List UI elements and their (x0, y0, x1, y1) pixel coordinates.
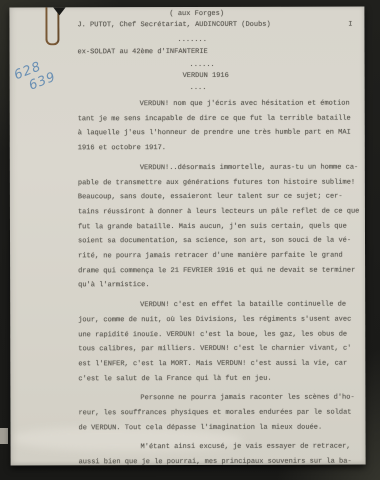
typed-line: 1916 et octobre 1917. (78, 141, 359, 156)
document-title: VERDUN 1916 (183, 71, 359, 82)
typed-line: à laquelle j'eus l'honneur de prendre un… (78, 126, 359, 141)
typed-line: jour, comme de nuit, où les Divisions, l… (78, 312, 359, 327)
paragraph: VERDUN! c'est en effet la bataille conti… (78, 298, 359, 387)
typewritten-text-block: ( aux Forges) I J. PUTOT, Chef Secrétari… (77, 9, 359, 466)
dotted-separator: ...... (190, 60, 359, 71)
handwritten-archive-numbers: 628 639 (12, 48, 79, 98)
service-line: ex-SOLDAT au 42ème d'INFANTERIE (78, 47, 359, 59)
author-line: I J. PUTOT, Chef Secrétariat, AUDINCOURT… (77, 20, 358, 32)
typed-line: tant je me sens incapable de dire ce que… (78, 111, 359, 126)
paragraph: VERDUN!..désormais immortelle, auras-tu … (78, 160, 359, 293)
background-debris (0, 428, 8, 444)
paragraph: VERDUN! nom que j'écris avec hésitation … (78, 97, 359, 157)
typed-line: rité, ne pourra jamais retracer d'une ma… (78, 249, 359, 264)
typed-line: c'est le salut de la France qui là fut e… (78, 371, 359, 386)
body-paragraphs: VERDUN! nom que j'écris avec hésitation … (78, 97, 360, 466)
typed-line: fut la grande bataille. Mais aucun, j'en… (78, 219, 359, 234)
typed-line: VERDUN!..désormais immortelle, auras-tu … (78, 160, 359, 175)
paper-notch (52, 7, 66, 16)
paragraph: Personne ne pourra jamais raconter les s… (78, 391, 359, 436)
dotted-separator: ....... (177, 35, 358, 46)
page-number: I (348, 20, 352, 31)
paragraph: M'étant ainsi excusé, je vais essayer de… (79, 440, 360, 465)
typed-line: VERDUN! nom que j'écris avec hésitation … (78, 97, 359, 112)
document-page: 628 639 ( aux Forges) I J. PUTOT, Chef S… (9, 7, 365, 466)
typed-line: de VERDUN. Tout cela dépasse l'imaginati… (78, 420, 359, 435)
typed-line: pable de transmettre aux générations fut… (78, 175, 359, 190)
typed-line: VERDUN! c'est en effet la bataille conti… (78, 298, 359, 313)
typed-line: soient sa documentation, sa science, son… (78, 234, 359, 249)
typed-line: drame qui commença le 21 FEVRIER 1916 et… (78, 263, 359, 278)
typed-line: une rapidité inouïe. VERDUN! c'est la bo… (78, 327, 359, 342)
typed-line: M'étant ainsi excusé, je vais essayer de… (79, 440, 360, 455)
typed-line: Beaucoup, sans doute, essaieront leur ta… (78, 190, 359, 205)
scanned-document-photo: { "document": { "header": { "location_no… (0, 0, 380, 480)
typed-line: est l'ENFER, c'est la MORT. Mais VERDUN!… (78, 357, 359, 372)
typed-line: tous calibres, par milliers. VERDUN! c'e… (78, 342, 359, 357)
dotted-separator: .... (190, 83, 359, 94)
typed-line: Personne ne pourra jamais raconter les s… (78, 391, 359, 406)
author-line-text: J. PUTOT, Chef Secrétariat, AUDINCOURT (… (77, 21, 270, 30)
location-note: ( aux Forges) (169, 9, 358, 20)
typed-line: aussi bien que je le pourrai, mes princi… (79, 455, 360, 466)
typed-line: qu'à l'armistice. (78, 278, 359, 293)
typed-line: tains réussiront à donner à leurs lecteu… (78, 204, 359, 219)
typed-line: reur, les souffrances physiques et moral… (78, 406, 359, 421)
